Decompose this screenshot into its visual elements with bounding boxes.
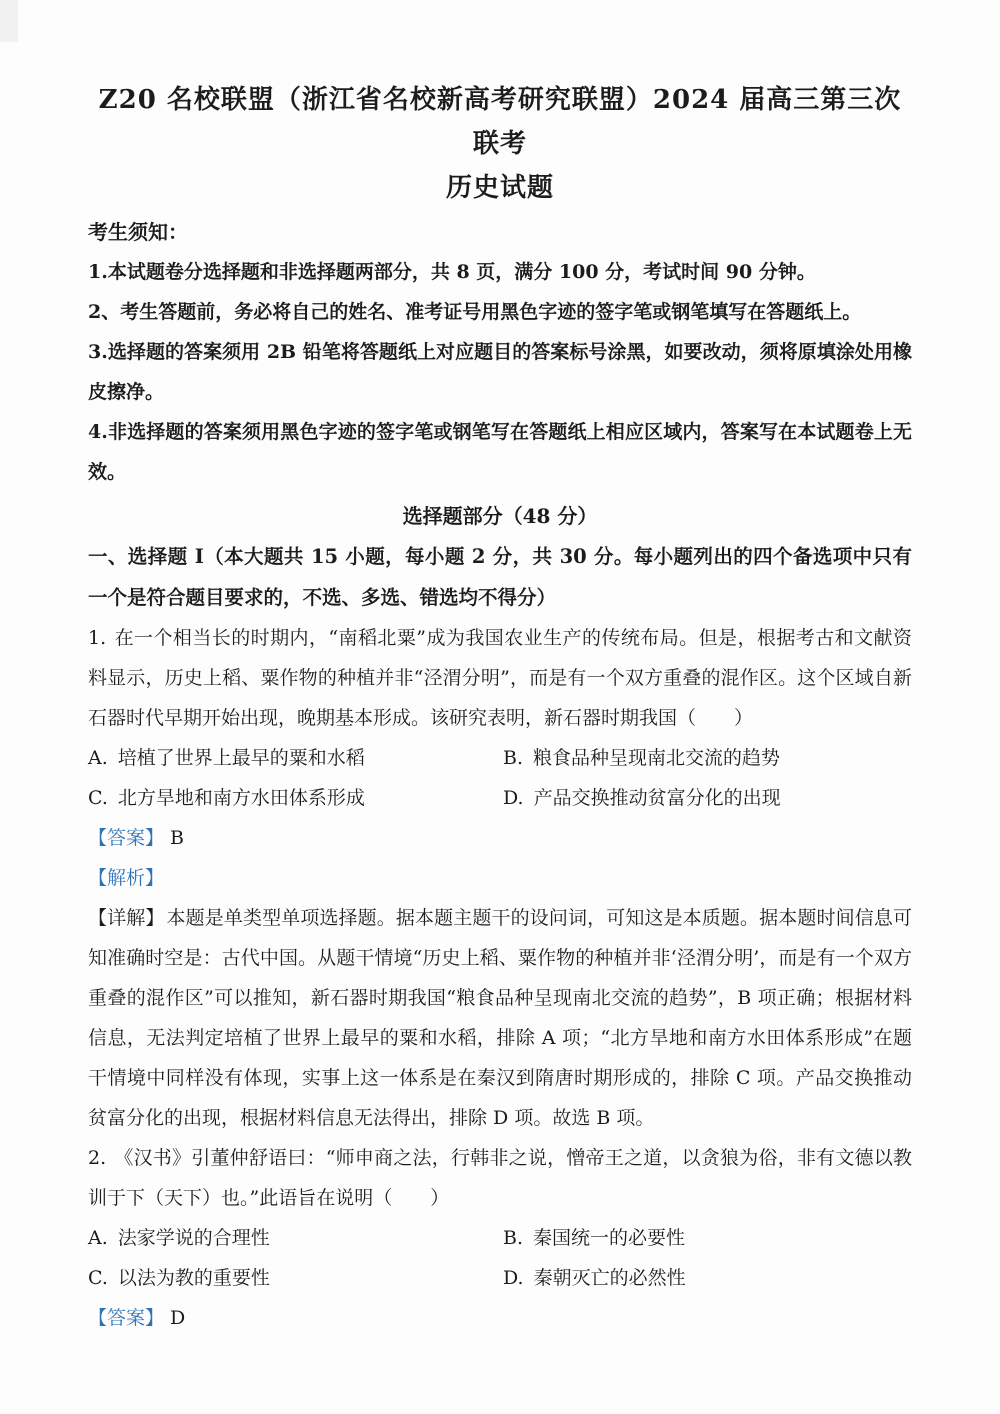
option-b-text: 粮食品种呈现南北交流的趋势	[533, 747, 780, 769]
question-1-analysis-line: 【解析】	[88, 858, 912, 898]
option-c-text: 北方旱地和南方水田体系形成	[118, 787, 365, 809]
option-d-text: 产品交换推动贫富分化的出现	[534, 787, 781, 809]
question-2-option-d: D.秦朝灭亡的必然性	[503, 1258, 686, 1298]
notice-item-2: 2、考生答题前，务必将自己的姓名、准考证号用黑色字迹的签字笔或钢笔填写在答题纸上…	[88, 292, 912, 332]
question-1-detail: 【详解】本题是单类型单项选择题。据本题主题干的设问词，可知这是本质题。据本题时间…	[88, 898, 912, 1138]
option-c-text: 以法为教的重要性	[118, 1267, 270, 1289]
exam-paper-page: Z20 名校联盟（浙江省名校新高考研究联盟）2024 届高三第三次联考 历史试题…	[0, 0, 1000, 1414]
option-a-text: 培植了世界上最早的粟和水稻	[118, 747, 365, 769]
question-1-stem: 1.在一个相当长的时期内，“南稻北粟”成为我国农业生产的传统布局。但是，根据考古…	[88, 618, 912, 738]
question-2-option-b: B.秦国统一的必要性	[503, 1218, 685, 1258]
section-heading: 选择题部分（48 分）	[88, 496, 912, 536]
question-1-number: 1.	[88, 627, 106, 649]
question-2-options-row-1: A.法家学说的合理性 B.秦国统一的必要性	[88, 1218, 912, 1258]
question-1-option-b: B.粮食品种呈现南北交流的趋势	[503, 738, 780, 778]
question-2-answer-line: 【答案】D	[88, 1298, 912, 1338]
question-2-stem-text: 《汉书》引董仲舒语曰：“师申商之法，行韩非之说，憎帝王之道，以贪狼为俗，非有文德…	[88, 1147, 912, 1209]
question-1-answer-line: 【答案】B	[88, 818, 912, 858]
answer-value: D	[170, 1307, 185, 1329]
notice-item-3: 3.选择题的答案须用 2B 铅笔将答题纸上对应题目的答案标号涂黑，如要改动，须将…	[88, 332, 912, 412]
notice-item-4: 4.非选择题的答案须用黑色字迹的签字笔或钢笔写在答题纸上相应区域内，答案写在本试…	[88, 412, 912, 492]
question-1-options-row-2: C.北方旱地和南方水田体系形成 D.产品交换推动贫富分化的出现	[88, 778, 912, 818]
part1-heading: 一、选择题 I（本大题共 15 小题，每小题 2 分，共 30 分。每小题列出的…	[88, 536, 912, 618]
option-a-label: A.	[88, 1227, 108, 1249]
question-2-options-row-2: C.以法为教的重要性 D.秦朝灭亡的必然性	[88, 1258, 912, 1298]
question-1-stem-text: 在一个相当长的时期内，“南稻北粟”成为我国农业生产的传统布局。但是，根据考古和文…	[88, 627, 912, 729]
title-line-2: 历史试题	[88, 166, 912, 210]
notice-heading: 考生须知：	[88, 212, 912, 252]
page-title: Z20 名校联盟（浙江省名校新高考研究联盟）2024 届高三第三次联考 历史试题	[88, 78, 912, 210]
option-b-text: 秦国统一的必要性	[533, 1227, 685, 1249]
analysis-label: 【解析】	[88, 867, 164, 889]
option-b-label: B.	[503, 1227, 523, 1249]
question-2-number: 2.	[88, 1147, 106, 1169]
question-1-option-a: A.培植了世界上最早的粟和水稻	[88, 738, 503, 778]
question-1-option-c: C.北方旱地和南方水田体系形成	[88, 778, 503, 818]
option-b-label: B.	[503, 747, 523, 769]
option-a-text: 法家学说的合理性	[118, 1227, 270, 1249]
option-a-label: A.	[88, 747, 108, 769]
scan-artifact	[0, 0, 18, 42]
notice-item-1: 1.本试题卷分选择题和非选择题两部分，共 8 页，满分 100 分，考试时间 9…	[88, 252, 912, 292]
option-c-label: C.	[88, 787, 108, 809]
question-1-option-d: D.产品交换推动贫富分化的出现	[503, 778, 781, 818]
option-d-label: D.	[503, 1267, 524, 1289]
option-d-label: D.	[503, 787, 524, 809]
option-d-text: 秦朝灭亡的必然性	[534, 1267, 686, 1289]
answer-value: B	[170, 827, 184, 849]
detail-text: 本题是单类型单项选择题。据本题主题干的设问词，可知这是本质题。据本题时间信息可知…	[88, 907, 912, 1129]
question-1-options-row-1: A.培植了世界上最早的粟和水稻 B.粮食品种呈现南北交流的趋势	[88, 738, 912, 778]
question-1: 1.在一个相当长的时期内，“南稻北粟”成为我国农业生产的传统布局。但是，根据考古…	[88, 618, 912, 1138]
detail-label: 【详解】	[88, 907, 164, 929]
answer-label: 【答案】	[88, 1307, 164, 1329]
title-line-1: Z20 名校联盟（浙江省名校新高考研究联盟）2024 届高三第三次联考	[88, 78, 912, 166]
answer-label: 【答案】	[88, 827, 164, 849]
question-2-stem: 2.《汉书》引董仲舒语曰：“师申商之法，行韩非之说，憎帝王之道，以贪狼为俗，非有…	[88, 1138, 912, 1218]
option-c-label: C.	[88, 1267, 108, 1289]
question-2-option-c: C.以法为教的重要性	[88, 1258, 503, 1298]
question-2: 2.《汉书》引董仲舒语曰：“师申商之法，行韩非之说，憎帝王之道，以贪狼为俗，非有…	[88, 1138, 912, 1338]
question-2-option-a: A.法家学说的合理性	[88, 1218, 503, 1258]
